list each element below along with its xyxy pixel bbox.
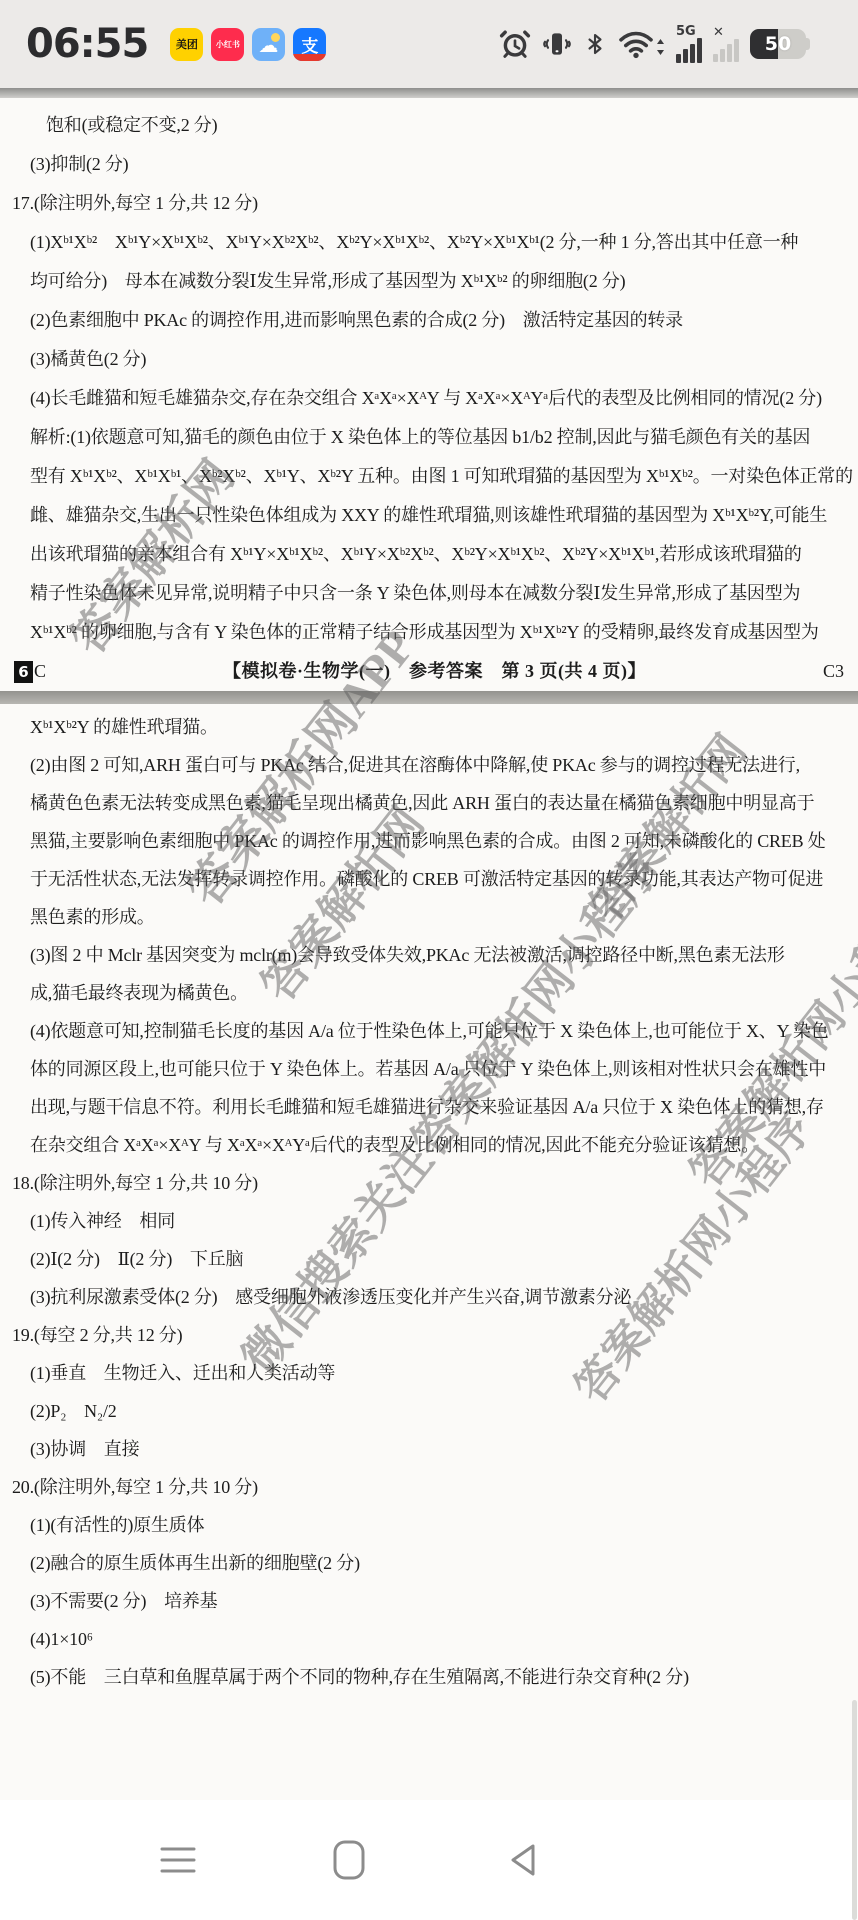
doc-line: 17.(除注明外,每空 1 分,共 12 分) xyxy=(12,184,858,223)
scan-page-edge xyxy=(0,88,858,98)
doc-line: 均可给分) 母本在减数分裂Ⅰ发生异常,形成了基因型为 Xᵇ¹Xᵇ² 的卵细胞(2… xyxy=(30,262,858,301)
doc-line: (3)橘黄色(2 分) xyxy=(30,340,858,379)
answer-page-3-lines: 饱和(或稳定不变,2 分)(3)抑制(2 分)17.(除注明外,每空 1 分,共… xyxy=(0,98,858,652)
doc-line: 黑色素的形成。 xyxy=(30,898,858,936)
doc-line: (3)协调 直接 xyxy=(30,1430,858,1468)
back-triangle-icon xyxy=(505,1840,541,1880)
doc-line: 20.(除注明外,每空 1 分,共 10 分) xyxy=(12,1468,858,1506)
alipay-app-icon: 支 xyxy=(293,28,326,61)
xiaohongshu-app-icon: 小红书 xyxy=(211,28,244,61)
android-nav-bar xyxy=(0,1800,858,1920)
doc-line: (3)抑制(2 分) xyxy=(30,145,858,184)
signal-bars-muted-icon xyxy=(713,39,739,62)
doc-line: (5)不能 三白草和鱼腥草属于两个不同的物种,存在生殖隔离,不能进行杂交育种(2… xyxy=(30,1658,858,1696)
doc-line: 型有 Xᵇ¹Xᵇ²、Xᵇ¹Xᵇ¹、Xᵇ²Xᵇ²、Xᵇ¹Y、Xᵇ²Y 五种。由图 … xyxy=(30,457,858,496)
footer-left-code: 6 C xyxy=(14,652,46,691)
doc-line: (1)(有活性的)原生质体 xyxy=(30,1506,858,1544)
doc-line: 在杂交组合 XᵃXᵃ×XᴬY 与 XᵃXᵃ×XᴬYᵃ后代的表型及比例相同的情况,… xyxy=(30,1126,858,1164)
doc-line: (3)抗利尿激素受体(2 分) 感受细胞外液渗透压变化并产生兴奋,调节激素分泌 xyxy=(30,1278,858,1316)
page-footer: 6 C 【模拟卷·生物学(一) 参考答案 第 3 页(共 4 页)】 C3 xyxy=(0,652,858,691)
doc-line: (2)融合的原生质体再生出新的细胞壁(2 分) xyxy=(30,1544,858,1582)
status-bar: 06:55 美团 小红书 支 xyxy=(0,0,858,88)
doc-line: (1)Xᵇ¹Xᵇ² Xᵇ¹Y×Xᵇ¹Xᵇ²、Xᵇ¹Y×Xᵇ²Xᵇ²、Xᵇ²Y×X… xyxy=(30,223,858,262)
hamburger-icon xyxy=(158,1843,198,1877)
doc-line: (3)图 2 中 Mclr 基因突变为 mclr(m)会导致受体失效,PKAc … xyxy=(30,936,858,974)
doc-line: (2)P₂ N₂/2 xyxy=(30,1392,858,1430)
footer-badge-letter: C xyxy=(34,652,46,691)
phone-screen: 06:55 美团 小红书 支 xyxy=(0,0,858,1920)
notification-app-icons: 美团 小红书 支 xyxy=(170,28,326,61)
doc-line: (2)由图 2 可知,ARH 蛋白可与 PKAc 结合,促进其在溶酶体中降解,使… xyxy=(30,746,858,784)
doc-line: (4)1×10⁶ xyxy=(30,1620,858,1658)
page-break-divider xyxy=(0,691,858,704)
doc-line: 饱和(或稳定不变,2 分) xyxy=(46,106,858,145)
meituan-app-icon: 美团 xyxy=(170,28,203,61)
doc-line: 精子性染色体未见异常,说明精子中只含一条 Y 染色体,则母本在减数分裂Ⅰ发生异常… xyxy=(30,574,858,613)
xiaohongshu-label: 小红书 xyxy=(216,39,240,50)
doc-line: 成,猫毛最终表现为橘黄色。 xyxy=(30,974,858,1012)
doc-line: (2)Ⅰ(2 分) Ⅱ(2 分) 下丘脑 xyxy=(30,1240,858,1278)
doc-line: 解析:(1)依题意可知,猫毛的颜色由位于 X 染色体上的等位基因 b1/b2 控… xyxy=(30,418,858,457)
doc-line: (1)垂直 生物迁入、迁出和人类活动等 xyxy=(30,1354,858,1392)
document-viewer[interactable]: 饱和(或稳定不变,2 分)(3)抑制(2 分)17.(除注明外,每空 1 分,共… xyxy=(0,88,858,1800)
doc-line: (3)不需要(2 分) 培养基 xyxy=(30,1582,858,1620)
doc-line: 出现,与题干信息不符。利用长毛雌猫和短毛雄猫进行杂交来验证基因 A/a 只位于 … xyxy=(30,1088,858,1126)
battery-percent: 50 xyxy=(750,29,806,59)
doc-line: 橘黄色色素无法转变成黑色素,猫毛呈现出橘黄色,因此 ARH 蛋白的表达量在橘猫色… xyxy=(30,784,858,822)
answer-page-4-lines: Xᵇ¹Xᵇ²Y 的雄性玳瑁猫。(2)由图 2 可知,ARH 蛋白可与 PKAc … xyxy=(0,704,858,1696)
doc-line: 出该玳瑁猫的亲本组合有 Xᵇ¹Y×Xᵇ¹Xᵇ²、Xᵇ¹Y×Xᵇ²Xᵇ²、Xᵇ²Y… xyxy=(30,535,858,574)
doc-line: 黑猫,主要影响色素细胞中 PKAc 的调控作用,进而影响黑色素的合成。由图 2 … xyxy=(30,822,858,860)
vibrate-icon xyxy=(542,28,572,60)
home-button[interactable] xyxy=(317,1828,381,1892)
home-square-icon xyxy=(332,1839,366,1881)
wifi-traffic-arrows xyxy=(656,35,665,59)
recents-menu-button[interactable] xyxy=(146,1828,210,1892)
scrollbar[interactable] xyxy=(852,1700,857,1920)
battery-icon: 50 xyxy=(750,29,806,59)
clock-time: 06:55 xyxy=(26,21,148,67)
doc-line: 18.(除注明外,每空 1 分,共 10 分) xyxy=(12,1164,858,1202)
doc-line: 体的同源区段上,也可能只位于 Y 染色体上。若基因 A/a 只位于 Y 染色体上… xyxy=(30,1050,858,1088)
battery-nub xyxy=(806,38,810,50)
wifi-icon xyxy=(618,29,665,59)
no-signal-x-icon: ✕ xyxy=(713,27,724,38)
bluetooth-icon xyxy=(583,28,607,60)
meituan-label: 美团 xyxy=(176,36,198,52)
doc-line: (1)传入神经 相同 xyxy=(30,1202,858,1240)
back-button[interactable] xyxy=(491,1828,555,1892)
doc-line: (4)长毛雌猫和短毛雄猫杂交,存在杂交组合 XᵃXᵃ×XᴬY 与 XᵃXᵃ×Xᴬ… xyxy=(30,379,858,418)
network-type-label: 5G xyxy=(676,26,696,37)
alarm-icon xyxy=(499,28,531,60)
signal-sim2-muted: ✕ xyxy=(713,27,739,62)
status-icons: 5G ✕ 50 xyxy=(499,26,806,63)
doc-line: 于无活性状态,无法发挥转录调控作用。磷酸化的 CREB 可激活特定基因的转录功能… xyxy=(30,860,858,898)
weather-app-icon xyxy=(252,28,285,61)
doc-line: (2)色素细胞中 PKAc 的调控作用,进而影响黑色素的合成(2 分) 激活特定… xyxy=(30,301,858,340)
footer-title: 【模拟卷·生物学(一) 参考答案 第 3 页(共 4 页)】 xyxy=(46,652,823,691)
doc-line: 雌、雄猫杂交,生出一只性染色体组成为 XXY 的雄性玳瑁猫,则该雄性玳瑁猫的基因… xyxy=(30,496,858,535)
doc-line: (4)依题意可知,控制猫毛长度的基因 A/a 位于性染色体上,可能只位于 X 染… xyxy=(30,1012,858,1050)
footer-right-code: C3 xyxy=(823,652,844,691)
doc-line: Xᵇ¹Xᵇ² 的卵细胞,与含有 Y 染色体的正常精子结合形成基因型为 Xᵇ¹Xᵇ… xyxy=(30,613,858,652)
signal-bars-icon xyxy=(676,38,702,63)
doc-line: Xᵇ¹Xᵇ²Y 的雄性玳瑁猫。 xyxy=(30,708,858,746)
footer-badge: 6 xyxy=(14,661,33,683)
alipay-label: 支 xyxy=(301,32,318,57)
signal-5g: 5G xyxy=(676,26,702,63)
doc-line: 19.(每空 2 分,共 12 分) xyxy=(12,1316,858,1354)
